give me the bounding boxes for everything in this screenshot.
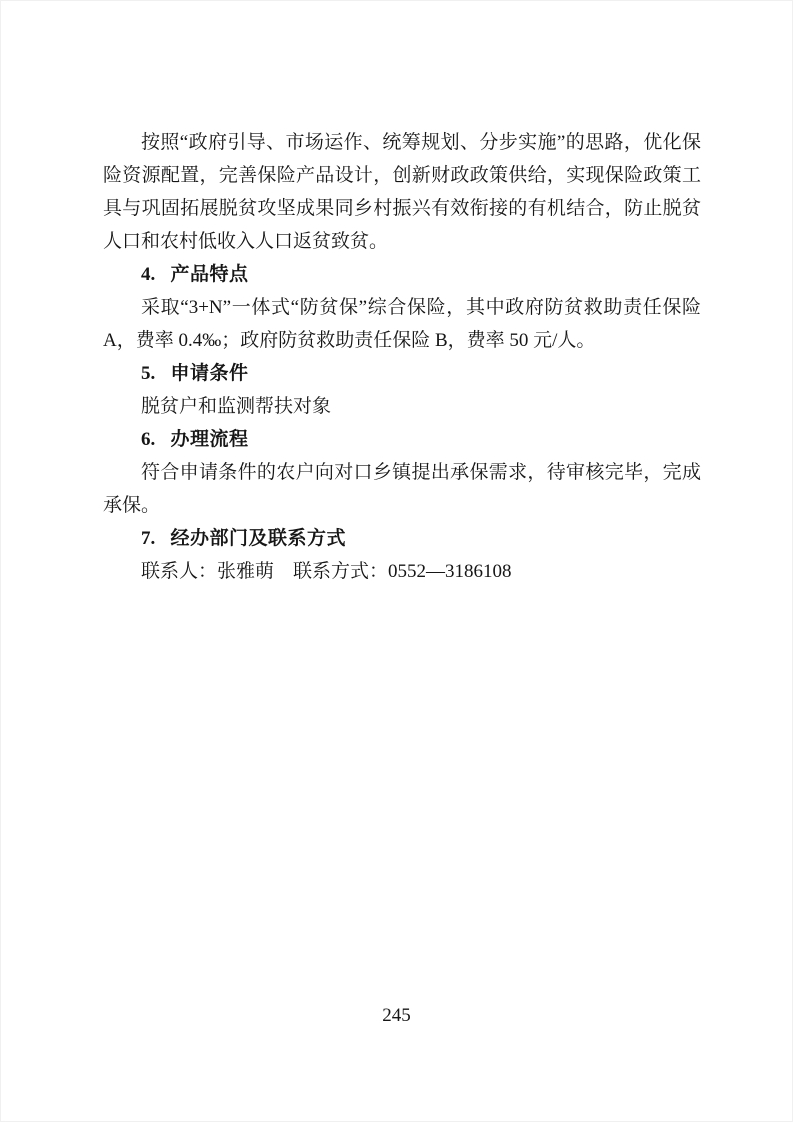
page-number: 245 [0,999,793,1032]
section-heading-product-features: 4. 产品特点 [103,258,701,291]
body-paragraph-product-features: 采取“3+N”一体式“防贫保”综合保险，其中政府防贫救助责任保险 A，费率 0.… [103,291,701,357]
heading-title: 经办部门及联系方式 [170,528,346,549]
document-content: 按照“政府引导、市场运作、统筹规划、分步实施”的思路，优化保险资源配置，完善保险… [103,126,701,588]
document-page: 按照“政府引导、市场运作、统筹规划、分步实施”的思路，优化保险资源配置，完善保险… [0,0,793,1122]
section-heading-process: 6. 办理流程 [103,423,701,456]
heading-number: 7. [141,528,155,549]
heading-title: 办理流程 [170,429,248,450]
heading-title: 申请条件 [170,363,248,384]
heading-number: 5. [141,363,155,384]
heading-number: 6. [141,429,155,450]
heading-title: 产品特点 [170,264,248,285]
section-heading-application-conditions: 5. 申请条件 [103,357,701,390]
body-paragraph-intro: 按照“政府引导、市场运作、统筹规划、分步实施”的思路，优化保险资源配置，完善保险… [103,126,701,258]
body-paragraph-process: 符合申请条件的农户向对口乡镇提出承保需求，待审核完毕，完成承保。 [103,456,701,522]
body-paragraph-contact: 联系人：张雅萌 联系方式：0552—3186108 [103,555,701,588]
section-heading-contact: 7. 经办部门及联系方式 [103,522,701,555]
heading-number: 4. [141,264,155,285]
body-paragraph-application-conditions: 脱贫户和监测帮扶对象 [103,390,701,423]
